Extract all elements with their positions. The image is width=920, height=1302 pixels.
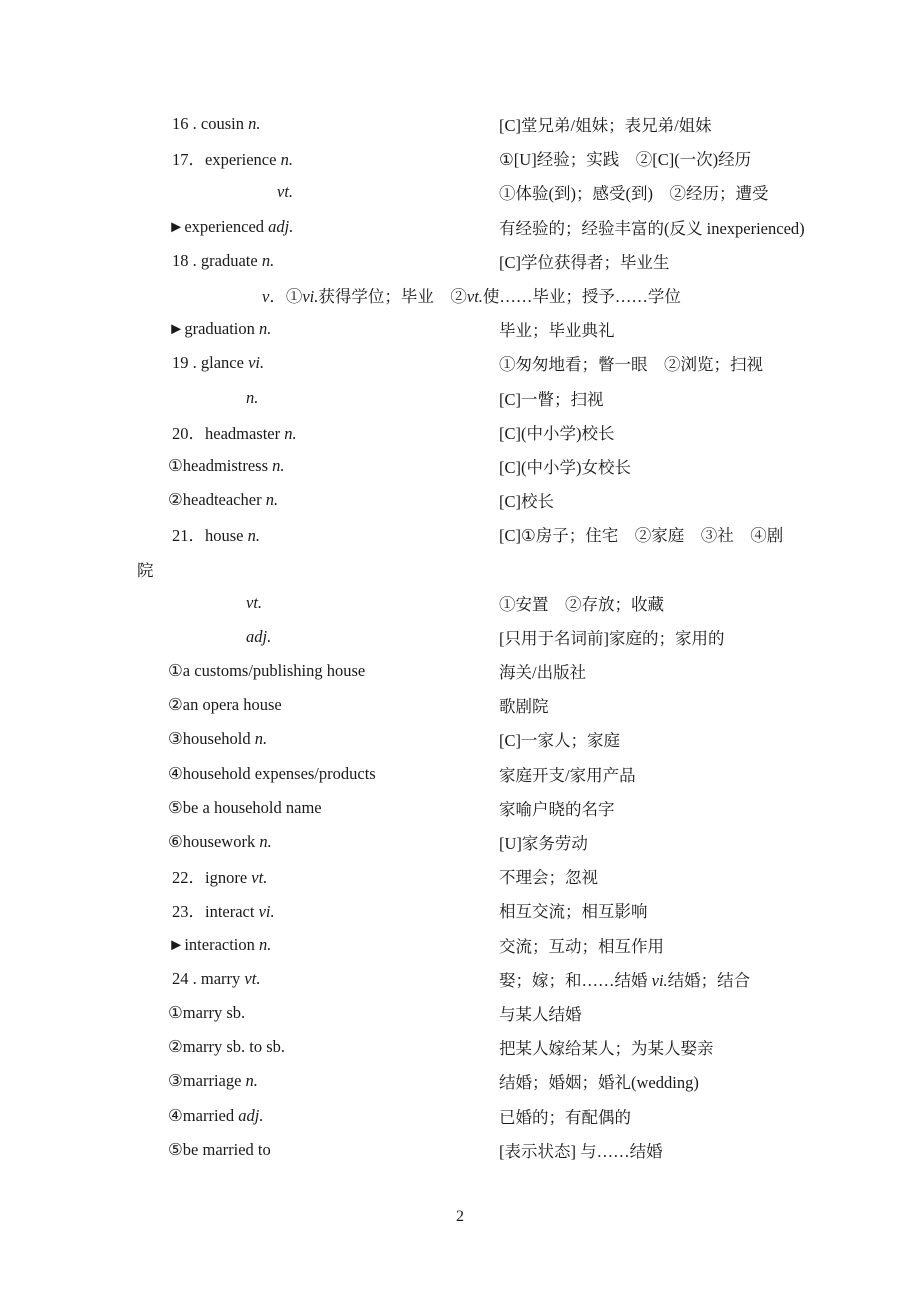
term-text: ⑥housework n. <box>168 832 272 852</box>
term-text: 19 . glance vi. <box>172 353 264 373</box>
definition-text: 娶；嫁；和……结婚 vi.结婚；结合 <box>499 967 750 991</box>
definition-text: [C]校长 <box>499 488 554 512</box>
definition-text: [C]一家人；家庭 <box>499 727 620 751</box>
derived-entry-row: ②marry sb. to sb.把某人嫁给某人；为某人娶亲 <box>0 1030 920 1064</box>
definition-text: 家庭开支/家用产品 <box>499 762 636 786</box>
wrap-line-row: 院 <box>0 551 920 585</box>
term-text: ①a customs/publishing house <box>168 661 365 681</box>
definition-text: 相互交流；相互影响 <box>499 898 648 922</box>
vocab-entry-row: 16 . cousin n.[C]堂兄弟/姐妹；表兄弟/姐妹 <box>0 107 920 141</box>
definition-text: ①体验(到)；感受(到) ②经历；遭受 <box>499 180 768 204</box>
definition-text: ①匆匆地看；瞥一眼 ②浏览；扫视 <box>499 351 763 375</box>
term-text: ③household n. <box>168 729 267 749</box>
definition-text: 把某人嫁给某人；为某人娶亲 <box>499 1035 714 1059</box>
definition-text: 有经验的；经验丰富的(反义 inexperienced) <box>499 215 805 239</box>
definition-text: ①安置 ②存放；收藏 <box>499 591 664 615</box>
vocab-entry-row: 19 . glance vi.①匆匆地看；瞥一眼 ②浏览；扫视 <box>0 346 920 380</box>
definition-text: 不理会；忽视 <box>499 864 598 888</box>
pos-row: n.[C]一瞥；扫视 <box>0 381 920 415</box>
derived-entry-row: ►interaction n.交流；互动；相互作用 <box>0 928 920 962</box>
term-text: ②headteacher n. <box>168 490 278 510</box>
term-text: ③marriage n. <box>168 1071 258 1091</box>
derived-entry-row: ①marry sb.与某人结婚 <box>0 996 920 1030</box>
vocab-list: 16 . cousin n.[C]堂兄弟/姐妹；表兄弟/姐妹17．experie… <box>0 107 920 1167</box>
term-text: 18 . graduate n. <box>172 251 274 271</box>
term-text: 20．headmaster n. <box>172 420 297 444</box>
definition-text: 交流；互动；相互作用 <box>499 933 664 957</box>
definition-text: [C]①房子；住宅 ②家庭 ③社 ④剧 <box>499 522 783 546</box>
vocab-entry-row: 18 . graduate n.[C]学位获得者；毕业生 <box>0 244 920 278</box>
term-text: 院 <box>137 557 154 581</box>
term-text: ④household expenses/products <box>168 764 376 784</box>
derived-entry-row: ⑤be married to[表示状态] 与……结婚 <box>0 1133 920 1167</box>
derived-entry-row: ③household n.[C]一家人；家庭 <box>0 722 920 756</box>
derived-entry-row: ①a customs/publishing house海关/出版社 <box>0 654 920 688</box>
term-text: ④married adj. <box>168 1106 263 1126</box>
vocab-entry-row: 21．house n.[C]①房子；住宅 ②家庭 ③社 ④剧 <box>0 517 920 551</box>
term-text: ►graduation n. <box>168 319 271 339</box>
term-text: 22．ignore vt. <box>172 864 267 888</box>
definition-text: ①[U]经验；实践 ②[C](一次)经历 <box>499 146 751 170</box>
vocab-entry-row: 24 . marry vt.娶；嫁；和……结婚 vi.结婚；结合 <box>0 962 920 996</box>
derived-entry-row: ②headteacher n.[C]校长 <box>0 483 920 517</box>
definition-text: [C](中小学)校长 <box>499 420 614 444</box>
term-text: 16 . cousin n. <box>172 114 260 134</box>
pos-row: vt.①体验(到)；感受(到) ②经历；遭受 <box>0 175 920 209</box>
definition-text: 歌剧院 <box>499 693 549 717</box>
definition-text: [C]堂兄弟/姐妹；表兄弟/姐妹 <box>499 112 712 136</box>
document-page: 16 . cousin n.[C]堂兄弟/姐妹；表兄弟/姐妹17．experie… <box>0 0 920 1302</box>
term-text: ①marry sb. <box>168 1003 245 1023</box>
definition-text: [C]学位获得者；毕业生 <box>499 249 670 273</box>
derived-entry-row: ⑤be a household name家喻户晓的名字 <box>0 791 920 825</box>
derived-entry-row: ④married adj.已婚的；有配偶的 <box>0 1098 920 1132</box>
definition-text: [表示状态] 与……结婚 <box>499 1138 663 1162</box>
definition-text: 毕业；毕业典礼 <box>499 317 615 341</box>
definition-text: [只用于名词前]家庭的；家用的 <box>499 625 725 649</box>
vocab-entry-row: 22．ignore vt.不理会；忽视 <box>0 859 920 893</box>
term-text: 17．experience n. <box>172 146 293 170</box>
term-text: adj. <box>246 627 271 647</box>
derived-entry-row: ⑥housework n.[U]家务劳动 <box>0 825 920 859</box>
definition-text: [C](中小学)女校长 <box>499 454 631 478</box>
derived-entry-row: ④household expenses/products家庭开支/家用产品 <box>0 757 920 791</box>
definition-text: [C]一瞥；扫视 <box>499 386 604 410</box>
verb-line-row: v．①vi.获得学位；毕业 ②vt.使……毕业；授予……学位 <box>0 278 920 312</box>
term-text: 24 . marry vt. <box>172 969 260 989</box>
term-text: ⑤be married to <box>168 1140 271 1160</box>
vocab-entry-row: 23．interact vi.相互交流；相互影响 <box>0 893 920 927</box>
term-text: 23．interact vi. <box>172 898 275 922</box>
definition-text: 结婚；婚姻；婚礼(wedding) <box>499 1069 699 1093</box>
term-text: ►interaction n. <box>168 935 271 955</box>
pos-row: adj.[只用于名词前]家庭的；家用的 <box>0 620 920 654</box>
pos-row: vt.①安置 ②存放；收藏 <box>0 586 920 620</box>
derived-entry-row: ►graduation n.毕业；毕业典礼 <box>0 312 920 346</box>
definition-text: 家喻户晓的名字 <box>499 796 615 820</box>
term-text: ⑤be a household name <box>168 798 322 818</box>
derived-entry-row: ③marriage n.结婚；婚姻；婚礼(wedding) <box>0 1064 920 1098</box>
vocab-entry-row: 17．experience n.①[U]经验；实践 ②[C](一次)经历 <box>0 141 920 175</box>
term-text: ►experienced adj. <box>168 217 293 237</box>
definition-text: 已婚的；有配偶的 <box>499 1104 631 1128</box>
term-text: vt. <box>277 182 293 202</box>
term-text: ②marry sb. to sb. <box>168 1037 285 1057</box>
derived-entry-row: ①headmistress n.[C](中小学)女校长 <box>0 449 920 483</box>
term-text: vt. <box>246 593 262 613</box>
derived-entry-row: ►experienced adj.有经验的；经验丰富的(反义 inexperie… <box>0 210 920 244</box>
term-text: n. <box>246 388 258 408</box>
term-text: v．①vi.获得学位；毕业 ②vt.使……毕业；授予……学位 <box>262 283 681 307</box>
term-text: ①headmistress n. <box>168 456 285 476</box>
term-text: 21．house n. <box>172 522 260 546</box>
derived-entry-row: ②an opera house歌剧院 <box>0 688 920 722</box>
vocab-entry-row: 20．headmaster n.[C](中小学)校长 <box>0 415 920 449</box>
definition-text: 与某人结婚 <box>499 1001 582 1025</box>
page-number: 2 <box>0 1206 920 1228</box>
term-text: ②an opera house <box>168 695 282 715</box>
definition-text: 海关/出版社 <box>499 659 586 683</box>
definition-text: [U]家务劳动 <box>499 830 588 854</box>
